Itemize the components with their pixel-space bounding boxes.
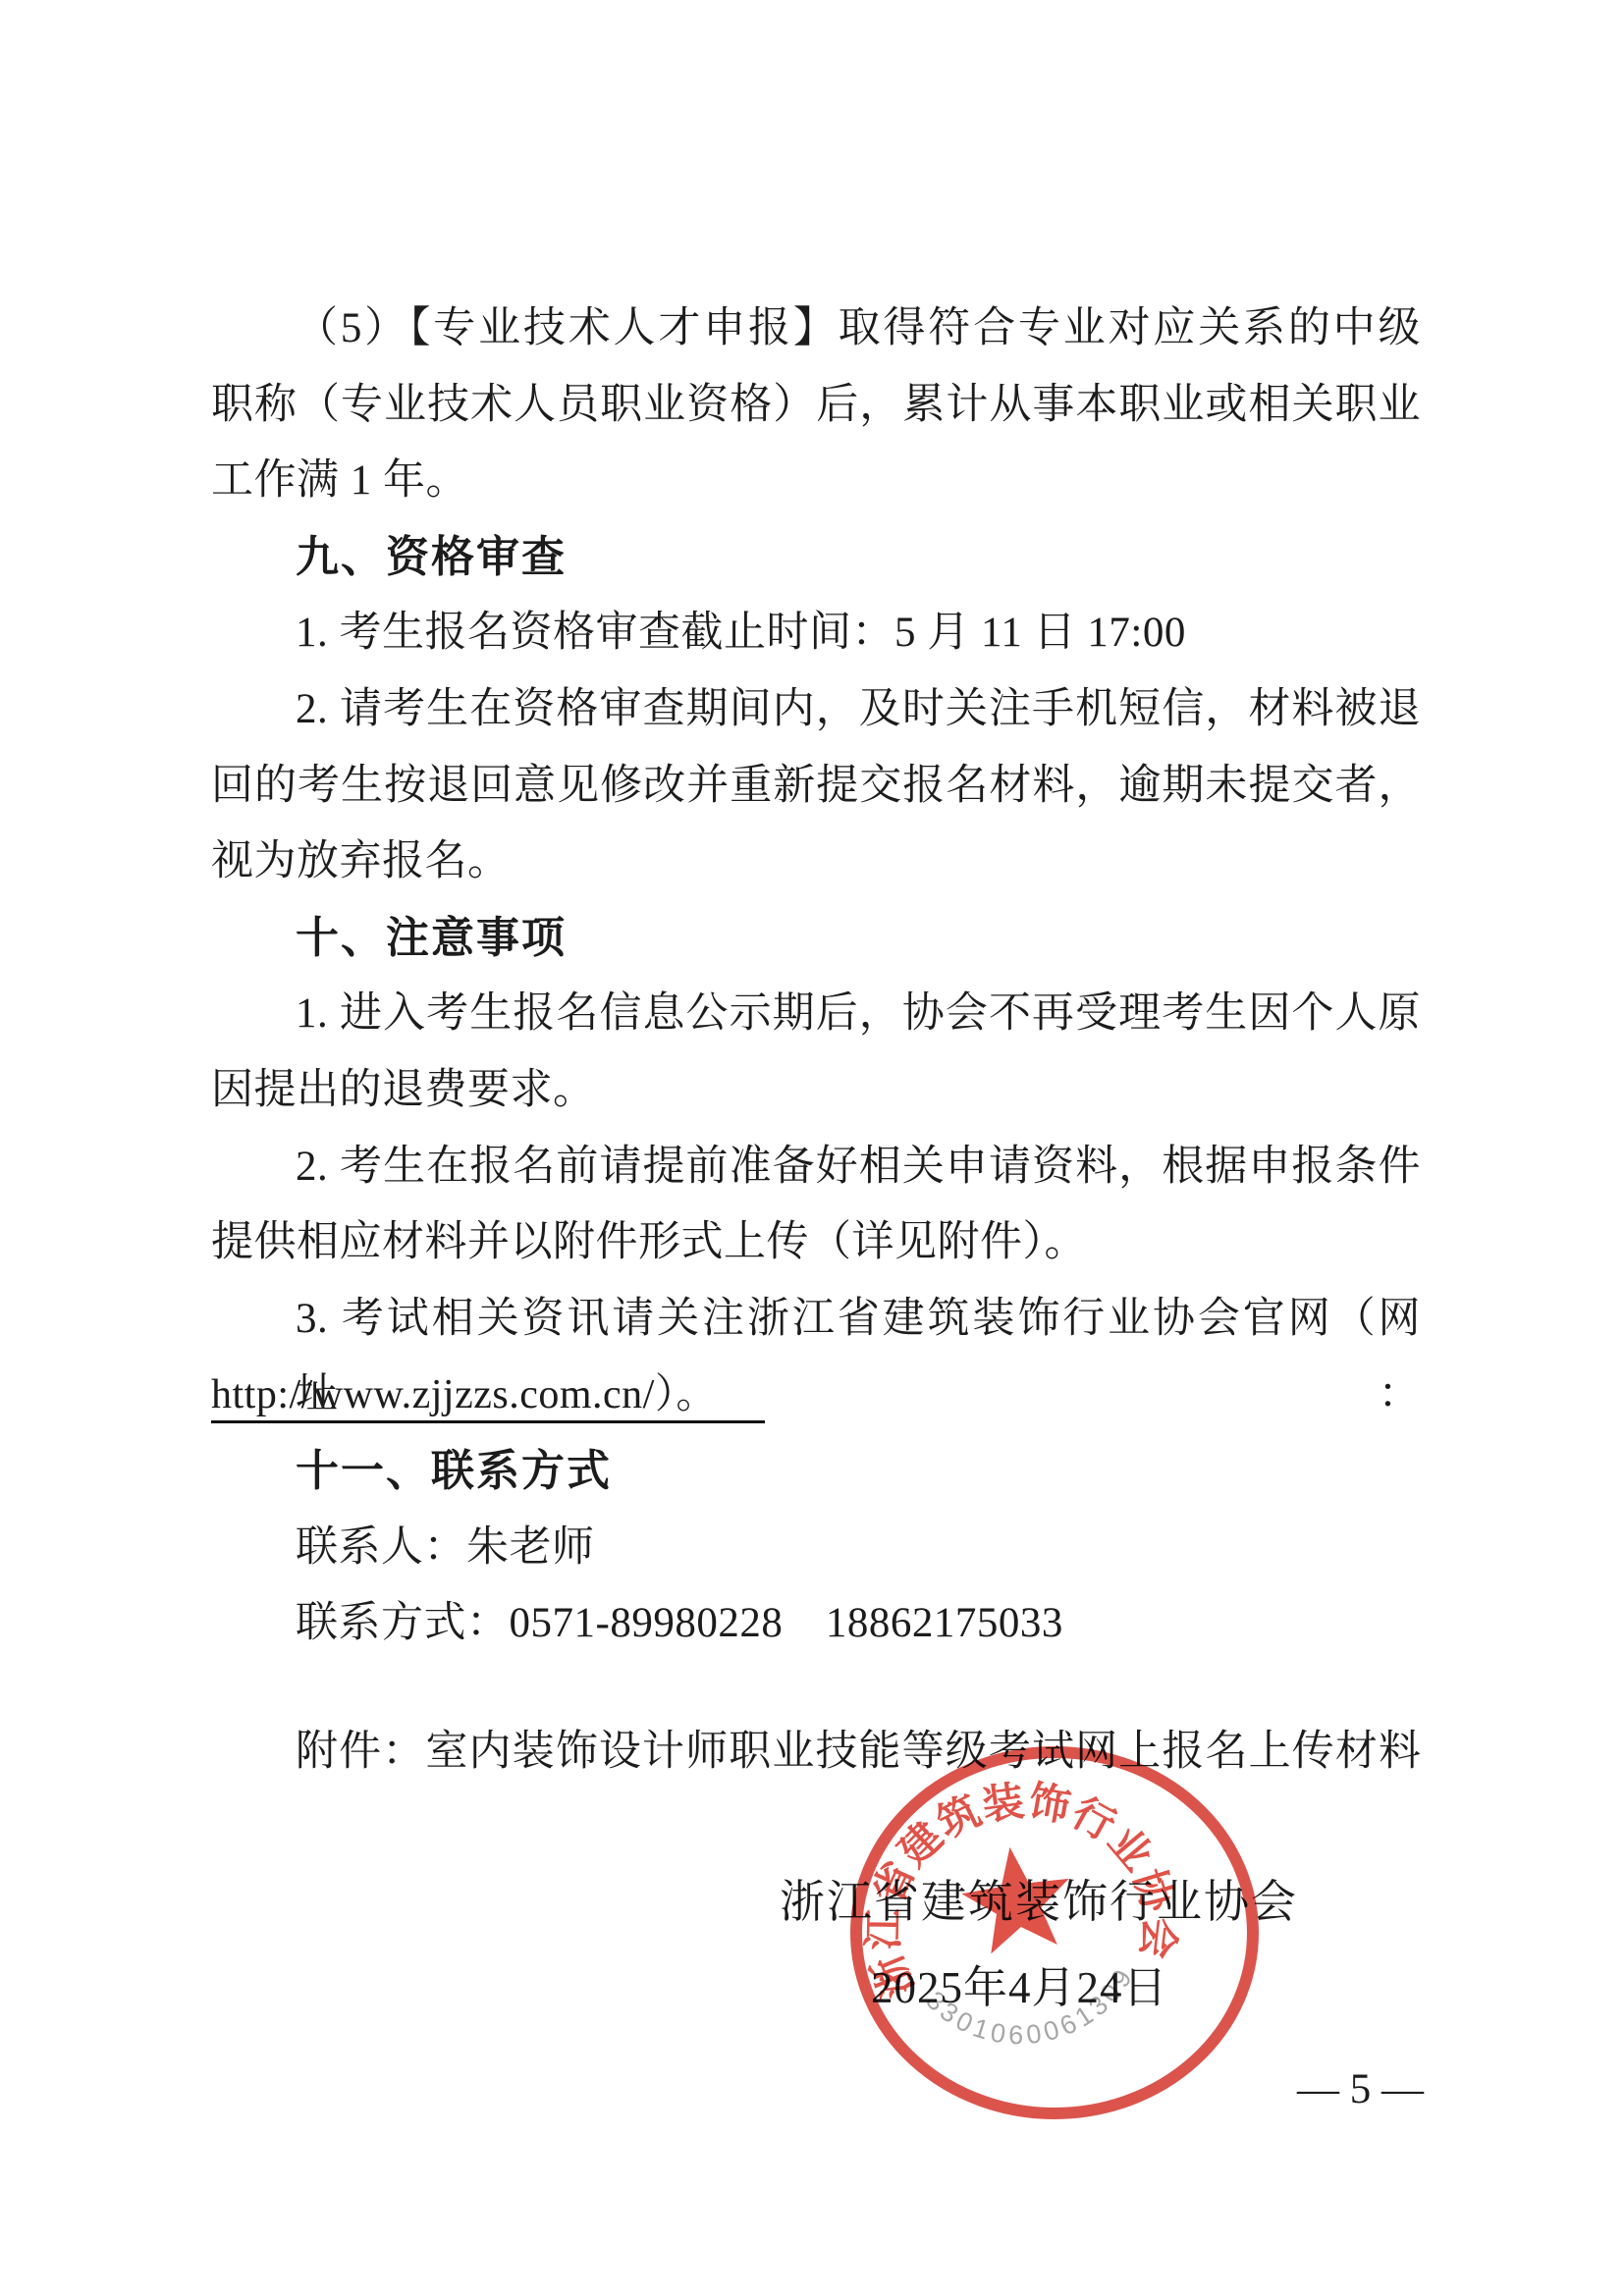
body-line: （5）【专业技术人才申报】取得符合专业对应关系的中级 xyxy=(211,291,1421,367)
body-line: 回的考生按退回意见修改并重新提交报名材料，逾期未提交者， xyxy=(211,748,1421,825)
body-line: 3. 考试相关资讯请关注浙江省建筑装饰行业协会官网（网址： xyxy=(211,1281,1421,1358)
contact-person-line: 联系人：朱老师 xyxy=(211,1510,1421,1586)
body-line: 工作满 1 年。 xyxy=(211,443,1421,519)
body-line: 1. 考生报名资格审查截止时间：5 月 11 日 17:00 xyxy=(211,595,1421,671)
website-link[interactable]: http://www.zjjzzs.com.cn/）。 xyxy=(211,1370,765,1422)
document-page: （5）【专业技术人才申报】取得符合专业对应关系的中级 职称（专业技术人员职业资格… xyxy=(0,0,1624,2296)
body-line: 2. 考生在报名前请提前准备好相关申请资料，根据申报条件 xyxy=(211,1129,1421,1205)
body-line: 提供相应材料并以附件形式上传（详见附件）。 xyxy=(211,1204,1421,1281)
body-line: 视为放弃报名。 xyxy=(211,824,1421,900)
seal-serial-holder: 3301060061309 xyxy=(918,1958,1148,2064)
section-heading-contact: 十一、联系方式 xyxy=(211,1433,1421,1510)
section-heading-qualification-review: 九、资格审查 xyxy=(211,519,1421,596)
document-body: （5）【专业技术人才申报】取得符合专业对应关系的中级 职称（专业技术人员职业资格… xyxy=(211,291,1421,1662)
body-line: 1. 进入考生报名信息公示期后，协会不再受理考生因个人原 xyxy=(211,976,1421,1052)
body-line: 2. 请考生在资格审查期间内，及时关注手机短信，材料被退 xyxy=(211,671,1421,748)
contact-phone-line: 联系方式：0571-89980228 18862175033 xyxy=(211,1585,1421,1662)
official-seal: 浙江省建筑装饰行业协会 3301060061309 xyxy=(849,1739,1262,2130)
body-line: 因提出的退费要求。 xyxy=(211,1052,1421,1129)
seal-star-icon xyxy=(956,1840,1078,1956)
seal-serial-number: 3301060061309 xyxy=(918,1958,1148,2064)
section-heading-notes: 十、注意事项 xyxy=(211,900,1421,977)
body-line: 职称（专业技术人员职业资格）后，累计从事本职业或相关职业 xyxy=(211,367,1421,444)
